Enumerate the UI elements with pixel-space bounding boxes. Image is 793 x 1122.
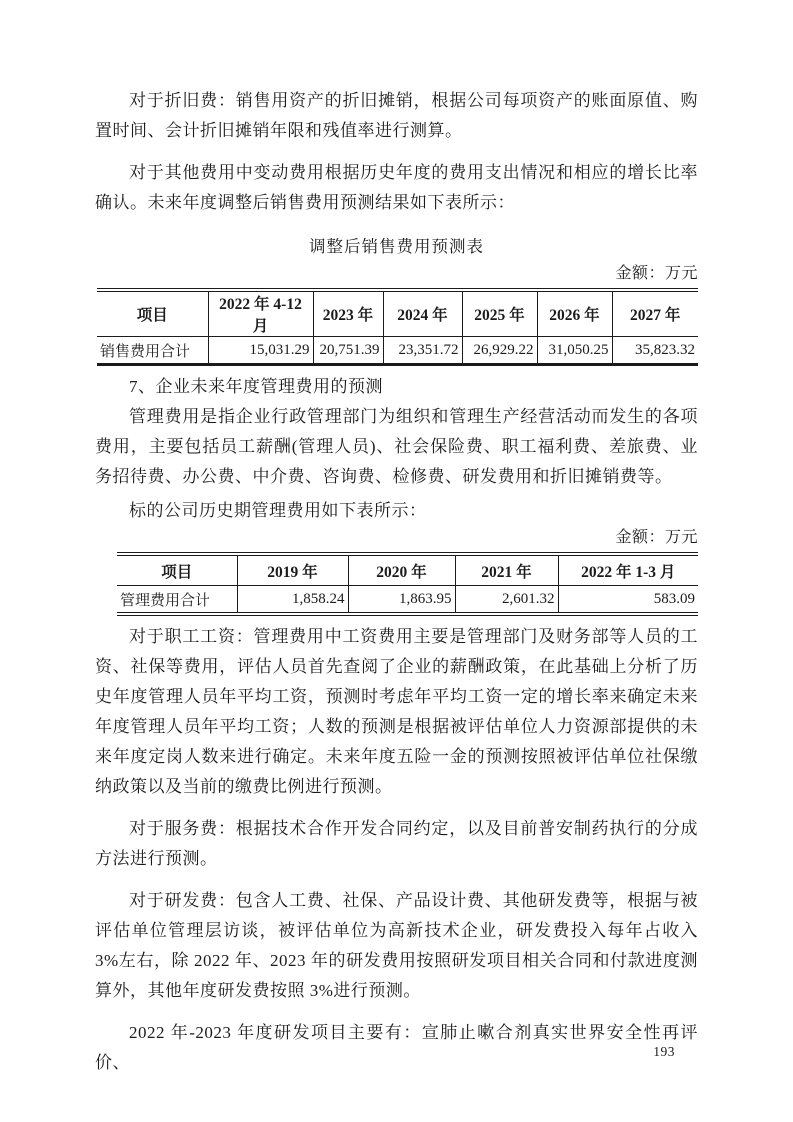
admin-value-2021: 2,601.32 [455,586,558,615]
sales-header-2022: 2022 年 4-12 月 [208,290,313,337]
admin-header-2019: 2019 年 [237,554,348,586]
para-depreciation: 对于折旧费：销售用资产的折旧摊销，根据公司每项资产的账面原值、购置时间、会计折旧… [95,86,698,146]
admin-table-data-row: 管理费用合计 1,858.24 1,863.95 2,601.32 583.09 [117,586,698,615]
sales-header-2025: 2025 年 [462,290,537,337]
sales-header-2027: 2027 年 [612,290,698,337]
para-rd-projects: 2022 年-2023 年度研发项目主要有：宣肺止嗽合剂真实世界安全性再评价、 [95,1018,698,1078]
sales-row-label: 销售费用合计 [97,337,208,365]
sales-value-2027: 35,823.32 [612,337,698,365]
section-heading-7: 7、企业未来年度管理费用的预测 [95,372,698,402]
admin-header-2021: 2021 年 [455,554,558,586]
sales-table-data-row: 销售费用合计 15,031.29 20,751.39 23,351.72 26,… [97,337,698,365]
admin-value-2019: 1,858.24 [237,586,348,615]
admin-value-2022q1: 583.09 [558,586,698,615]
sales-header-2024: 2024 年 [383,290,462,337]
sales-header-2023: 2023 年 [313,290,383,337]
admin-header-item: 项目 [117,554,237,586]
admin-table-header-row: 项目 2019 年 2020 年 2021 年 2022 年 1-3 月 [117,554,698,586]
document-page: 对于折旧费：销售用资产的折旧摊销，根据公司每项资产的账面原值、购置时间、会计折旧… [0,0,793,1122]
sales-table-header-row: 项目 2022 年 4-12 月 2023 年 2024 年 2025 年 20… [97,290,698,337]
sales-value-2025: 26,929.22 [462,337,537,365]
sales-table-unit-label: 金额：万元 [95,262,698,286]
para-staff-salary: 对于职工工资：管理费用中工资费用主要是管理部门及财务部等人员的工资、社保等费用，… [95,622,698,802]
admin-header-2022q1: 2022 年 1-3 月 [558,554,698,586]
para-service-fee: 对于服务费：根据技术合作开发合同约定，以及目前普安制药执行的分成方法进行预测。 [95,814,698,874]
sales-value-2022: 15,031.29 [208,337,313,365]
para-rd-fee: 对于研发费：包含人工费、社保、产品设计费、其他研发费等，根据与被评估单位管理层访… [95,886,698,1006]
sales-value-2023: 20,751.39 [313,337,383,365]
admin-expense-table: 项目 2019 年 2020 年 2021 年 2022 年 1-3 月 管理费… [117,552,698,616]
sales-forecast-table: 项目 2022 年 4-12 月 2023 年 2024 年 2025 年 20… [97,288,698,366]
para-admin-history: 标的公司历史期管理费用如下表所示： [95,496,698,526]
admin-value-2020: 1,863.95 [348,586,455,615]
para-other-expense: 对于其他费用中变动费用根据历史年度的费用支出情况和相应的增长比率确认。未来年度调… [95,158,698,218]
page-number: 193 [653,1044,675,1060]
sales-header-2026: 2026 年 [537,290,612,337]
admin-header-2020: 2020 年 [348,554,455,586]
sales-header-item: 项目 [97,290,208,337]
admin-table-unit-label: 金额：万元 [95,526,698,550]
admin-row-label: 管理费用合计 [117,586,237,615]
sales-value-2026: 31,050.25 [537,337,612,365]
sales-table-title: 调整后销售费用预测表 [95,232,698,262]
sales-value-2024: 23,351.72 [383,337,462,365]
para-admin-definition: 管理费用是指企业行政管理部门为组织和管理生产经营活动而发生的各项费用，主要包括员… [95,402,698,492]
